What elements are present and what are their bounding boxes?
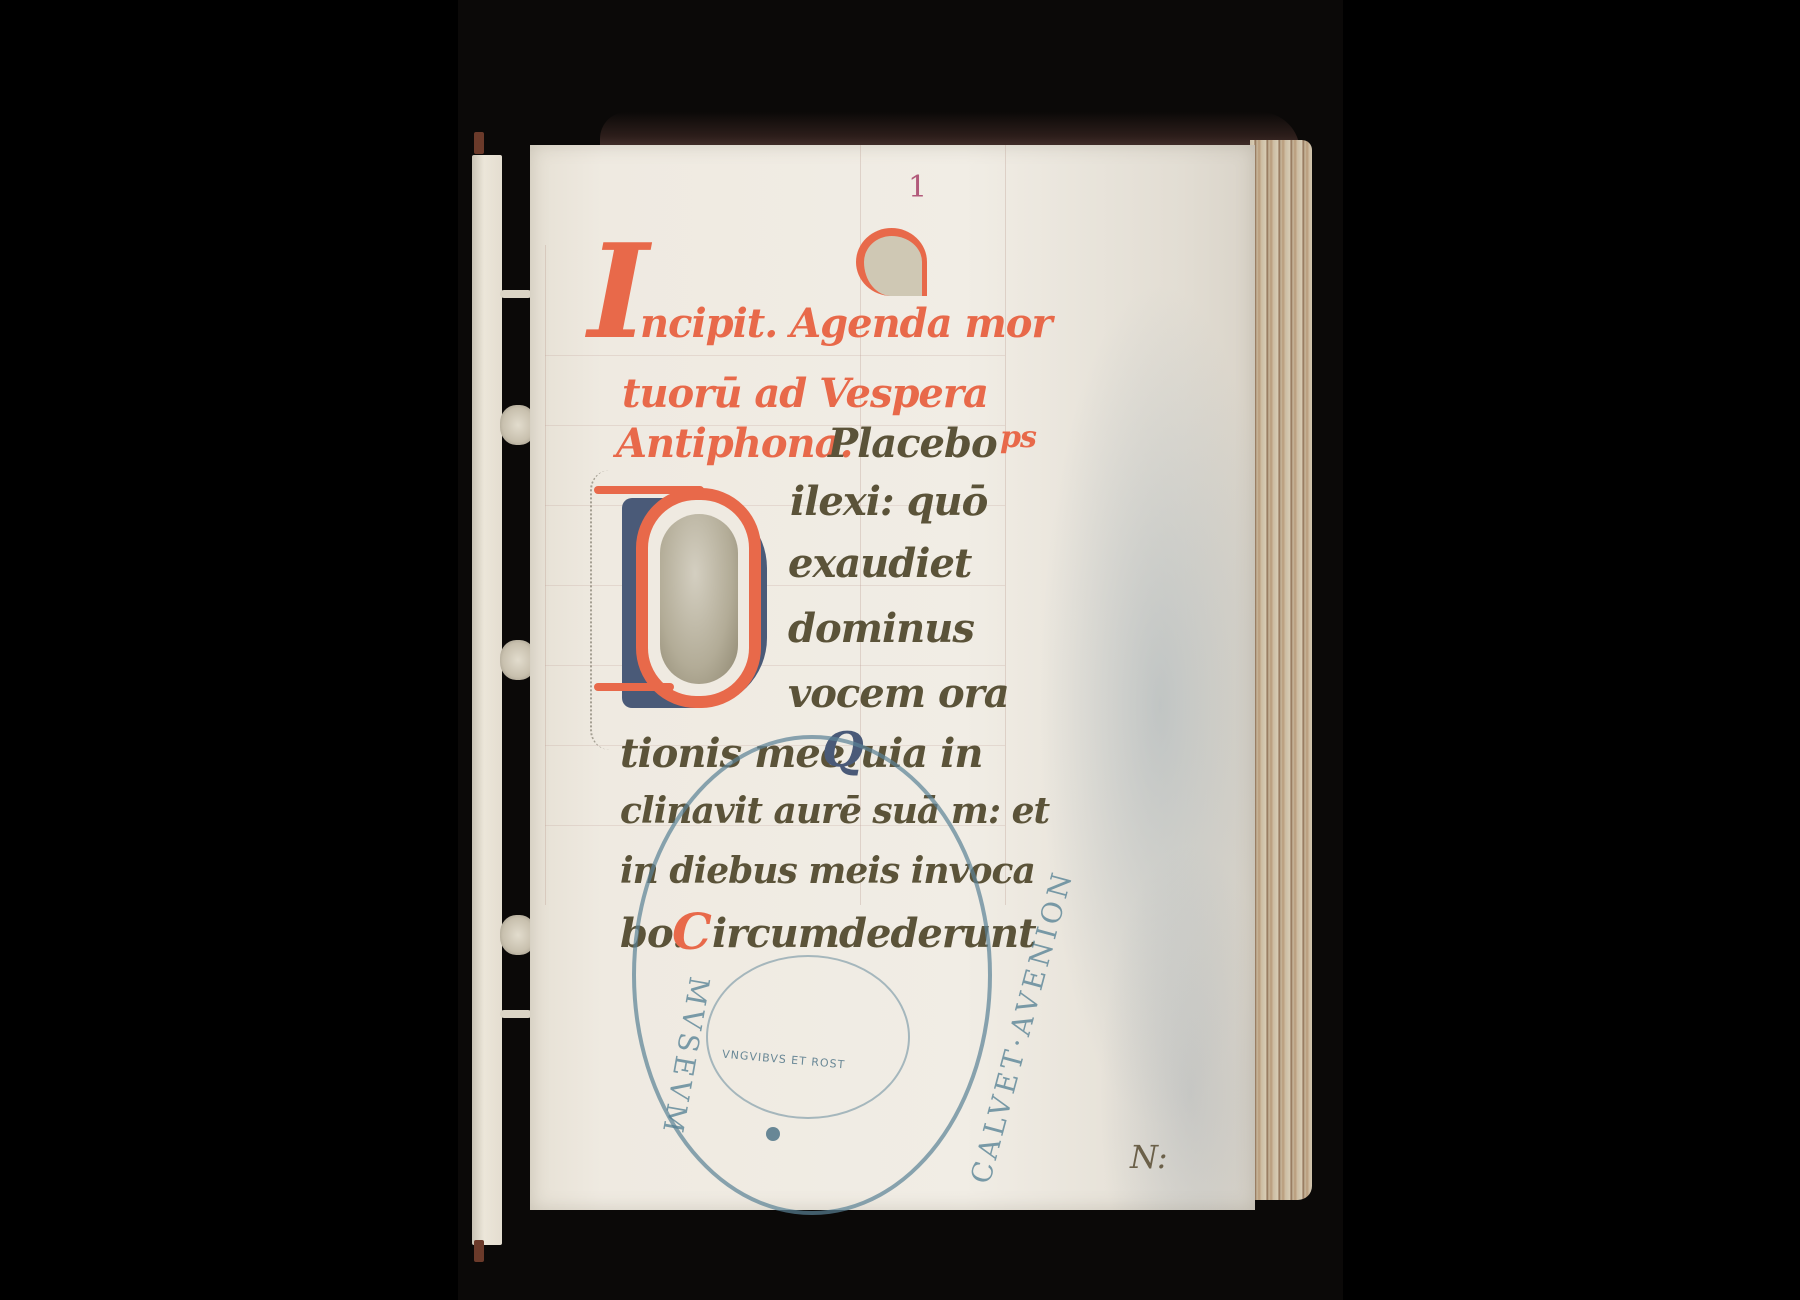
folio-number: 1: [908, 170, 927, 205]
initial-flourish-top: [594, 486, 704, 494]
page-edges-stack: [1250, 140, 1312, 1200]
spine-leather-top: [474, 132, 484, 154]
initial-flourish-bottom: [594, 683, 674, 691]
initial-grisaille-figure: [660, 514, 738, 684]
rubric-line-2: tuorū ad Vespera: [622, 370, 988, 417]
antiphon-incipit: Placebo: [828, 420, 997, 467]
body-line-3: dominus: [788, 605, 974, 652]
rubric-line-3: Antiphona.: [616, 420, 852, 467]
body-line-4: vocem ora: [788, 670, 1009, 717]
sewing-cord: [500, 290, 532, 298]
decorated-initial-D: [612, 478, 782, 718]
rubric-line-1: ncipit. Agenda mor: [640, 300, 1052, 347]
ruling-line: [545, 245, 546, 905]
stamp-inner-ring: [706, 955, 910, 1119]
ascender-flourish: [856, 228, 927, 296]
stamp-star-icon: [766, 1127, 780, 1141]
sewing-cord: [500, 1010, 532, 1018]
spine-leather-bottom: [474, 1240, 484, 1262]
catchword-signature: N:: [1130, 1138, 1168, 1176]
psalm-marker: ps: [1000, 420, 1036, 455]
body-line-2: exaudiet: [788, 540, 971, 587]
spine-leaf-strip: [472, 155, 502, 1245]
body-line-1: ilexi: quō: [790, 478, 987, 525]
